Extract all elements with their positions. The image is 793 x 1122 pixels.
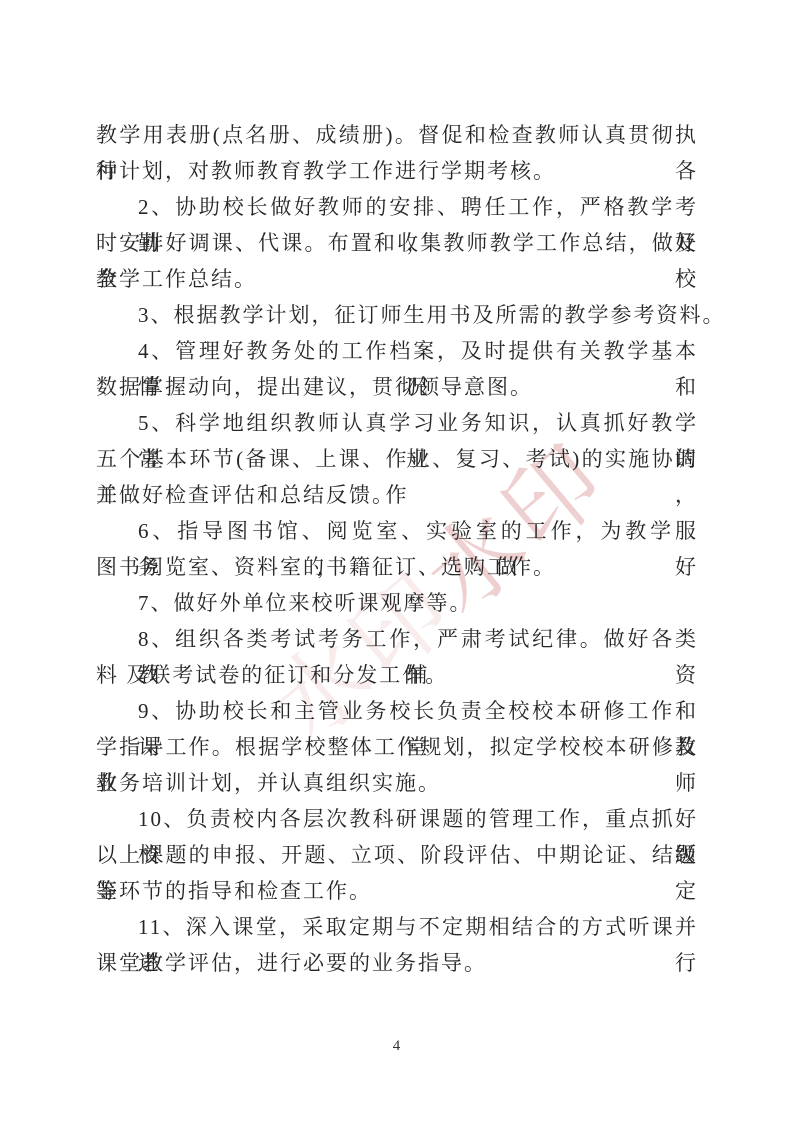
text-line: 教学用表册(点名册、成绩册)。督促和检查教师认真贯彻执行各 — [96, 117, 698, 153]
text-line: 五个基本环节(备课、上课、作业、复习、考试)的实施协调工作， — [96, 441, 698, 477]
text-line: 以上课题的申报、开题、立项、阶段评估、中期论证、结题鉴定 — [96, 837, 698, 873]
text-line: 8、组织各类考试考务工作，严肃考试纪律。做好各类教辅资 — [96, 621, 698, 657]
text-line: 5、科学地组织教师认真学习业务知识，认真抓好教学常规的 — [96, 405, 698, 441]
document-page: 水印水印 教学用表册(点名册、成绩册)。督促和检查教师认真贯彻执行各种计划，对教… — [0, 0, 793, 1122]
text-line: 10、负责校内各层次教科研课题的管理工作，重点抓好校级 — [96, 801, 698, 837]
text-line: 6、指导图书馆、阅览室、实验室的工作，为教学服务，做好 — [96, 513, 698, 549]
text-line: 3、根据教学计划，征订师生用书及所需的教学参考资料。 — [96, 297, 698, 333]
text-line: 9、协助校长和主管业务校长负责全校校本研修工作和课堂教 — [96, 693, 698, 729]
page-number: 4 — [0, 1038, 793, 1055]
text-line: 时安排好调课、代课。布置和收集教师教学工作总结，做好全校 — [96, 225, 698, 261]
text-line: 4、管理好教务处的工作档案，及时提供有关教学基本情况和 — [96, 333, 698, 369]
document-body: 教学用表册(点名册、成绩册)。督促和检查教师认真贯彻执行各种计划，对教师教育教学… — [96, 117, 698, 981]
text-line: 学指导工作。根据学校整体工作规划，拟定学校校本研修及教师 — [96, 729, 698, 765]
text-line: 7、做好外单位来校听课观摩等。 — [96, 585, 698, 621]
text-line: 2、协助校长做好教师的安排、聘任工作，严格教学考勤，及 — [96, 189, 698, 225]
text-line: 11、深入课堂，采取定期与不定期相结合的方式听课并进行 — [96, 909, 698, 945]
